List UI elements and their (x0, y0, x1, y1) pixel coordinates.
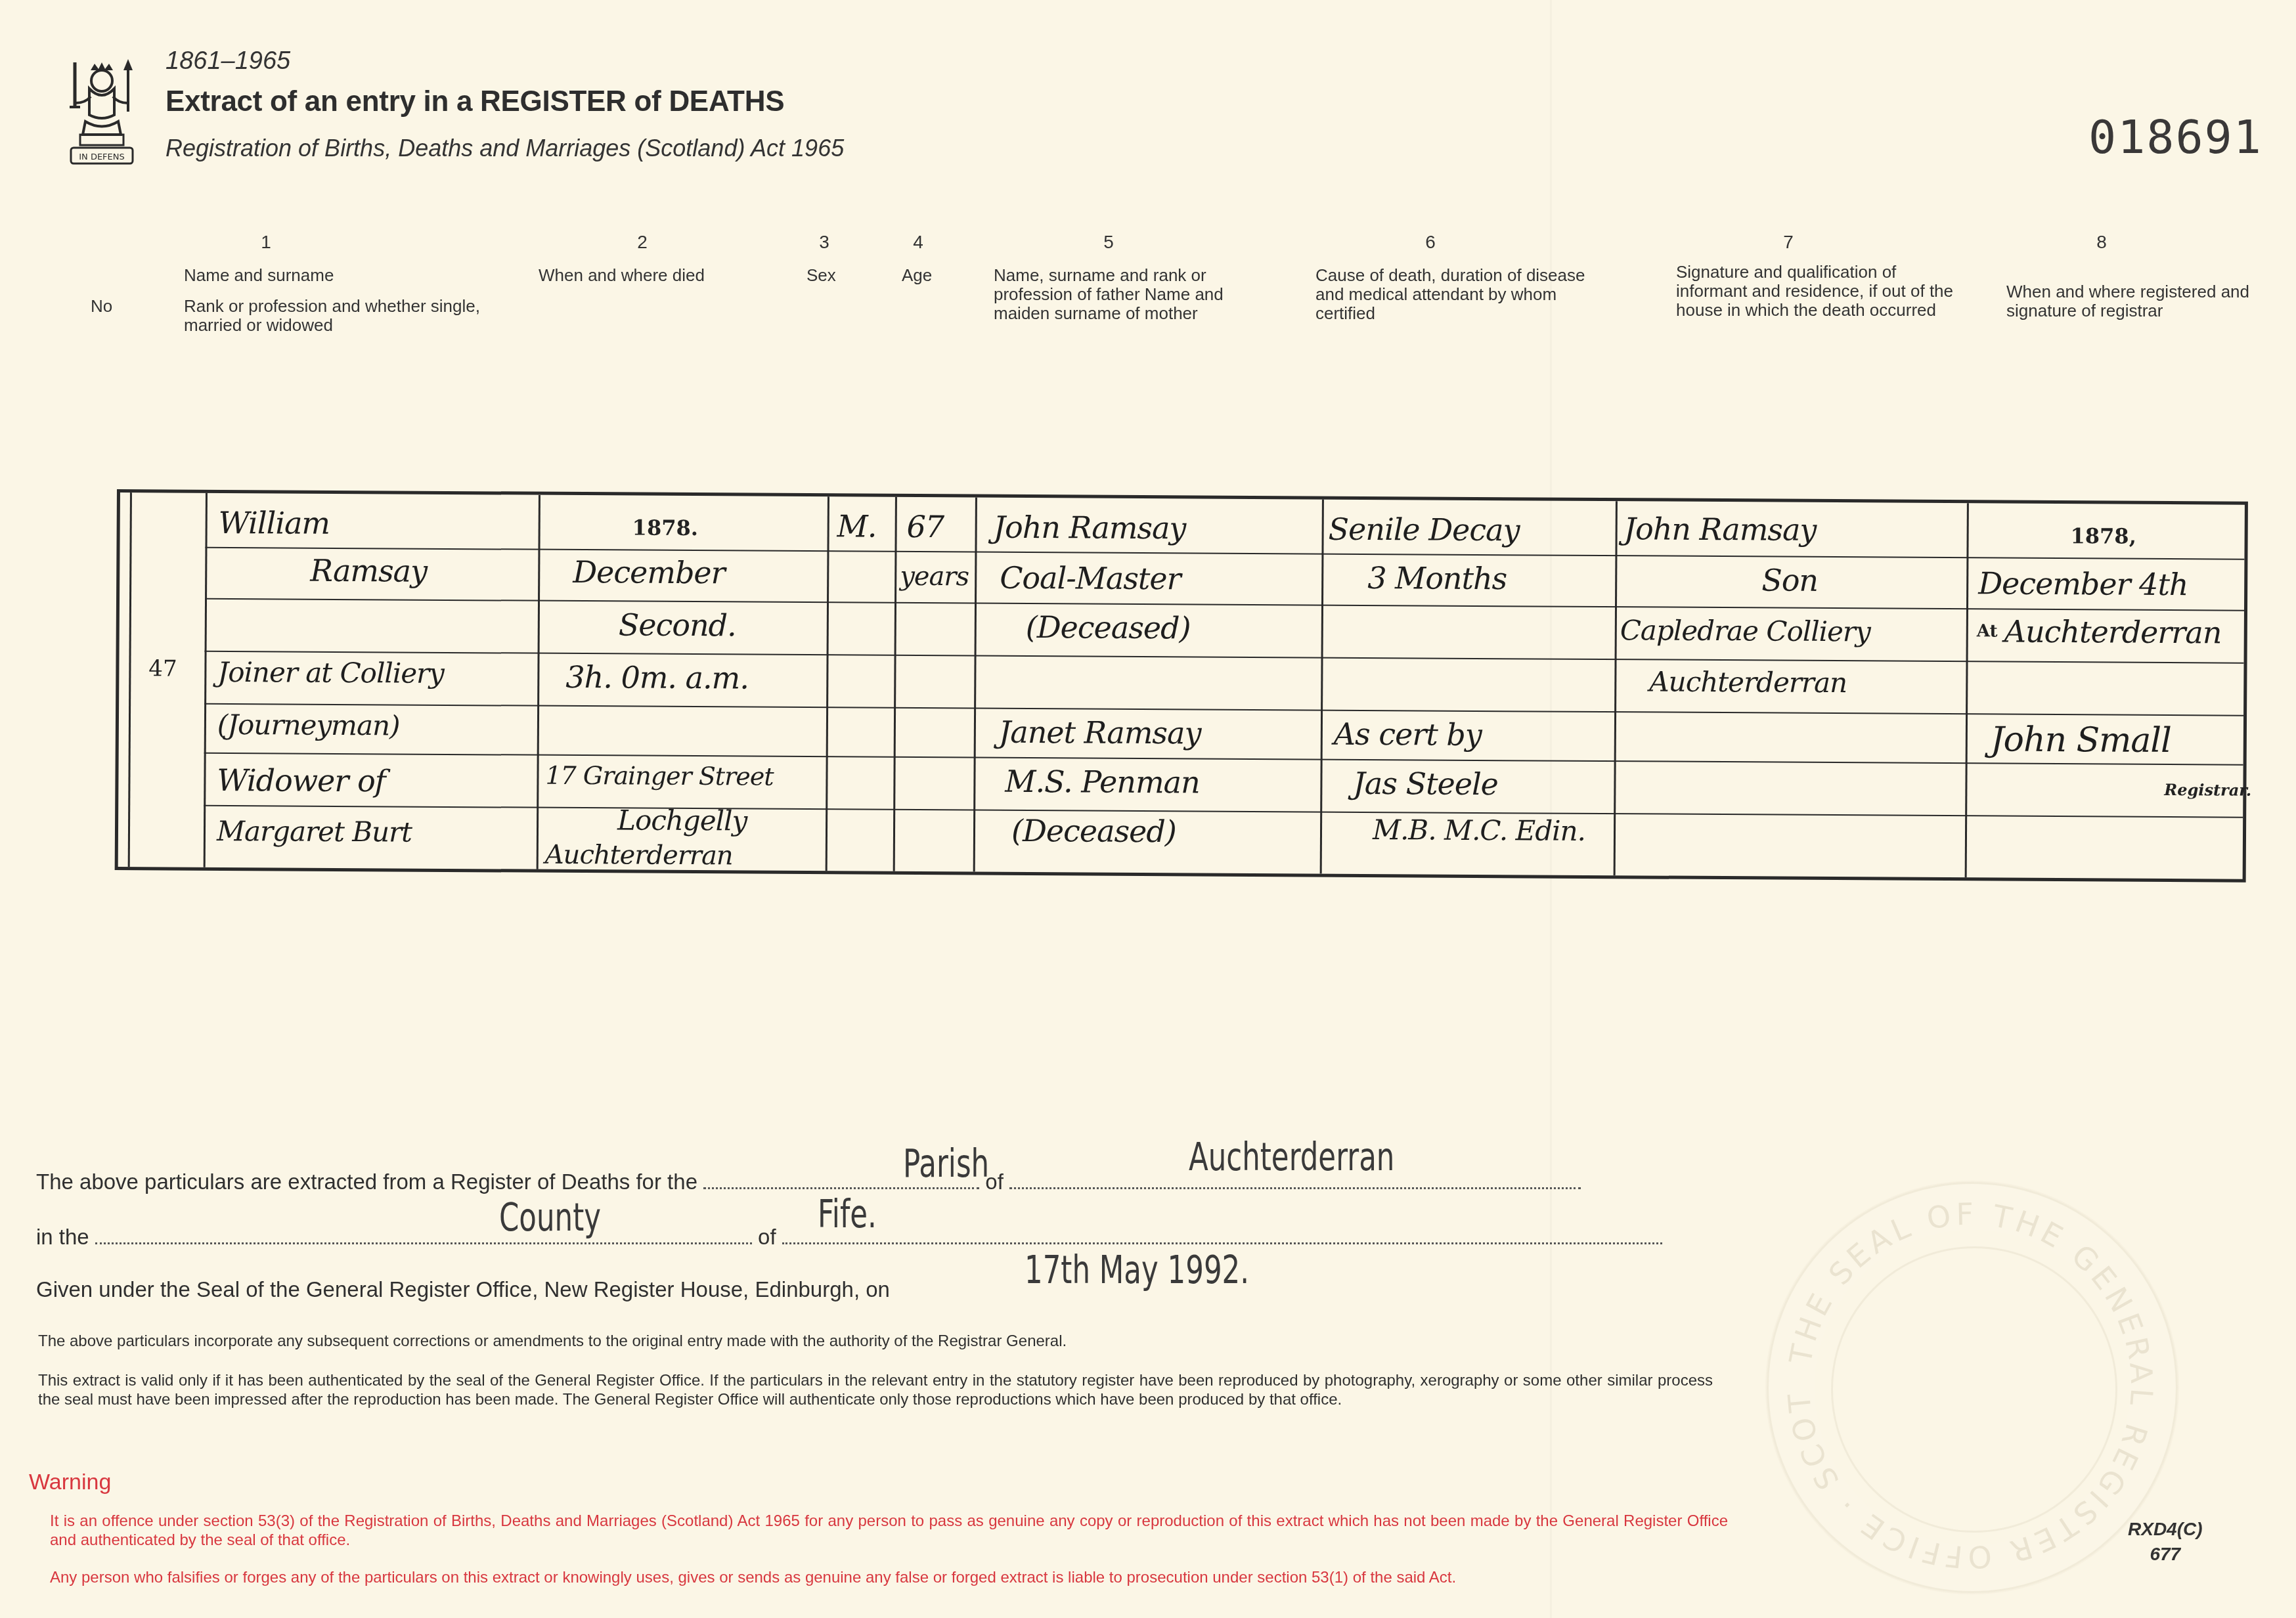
death-town: Lochgelly (617, 804, 747, 837)
table-divider (826, 496, 829, 871)
column-number-8: 8 (2088, 232, 2115, 253)
mother-maiden-name: M.S. Penman (1005, 764, 1200, 800)
table-divider (1965, 503, 1969, 877)
column-header-name: Name and surname (184, 266, 420, 285)
column-number-1: 1 (253, 232, 279, 253)
column-header-age: Age (902, 266, 932, 285)
registration-place: Auchterderran (2004, 614, 2222, 651)
warning-heading: Warning (29, 1470, 111, 1495)
mother-status: (Deceased) (1011, 813, 1176, 849)
year-range: 1861–1965 (166, 47, 290, 76)
registrar-label: Registrar. (2164, 780, 2251, 800)
county-name-value: Fife. (818, 1192, 877, 1236)
deceased-marital-status: Widower of (217, 762, 386, 798)
entry-number: 47 (148, 655, 177, 682)
death-parish: Auchterderran (545, 840, 733, 871)
column-number-4: 4 (905, 232, 931, 253)
table-divider (1614, 501, 1618, 875)
county-type-value: County (499, 1195, 601, 1240)
doctor-qualifications: M.B. M.C. Edin. (1373, 814, 1585, 847)
deceased-profession: Joiner at Colliery (217, 656, 444, 689)
registration-date: December 4th (1978, 565, 2188, 602)
mother-name: Janet Ramsay (999, 714, 1201, 751)
father-status: (Deceased) (1026, 609, 1191, 645)
svg-text:IN DEFENS: IN DEFENS (79, 152, 125, 162)
certified-by-label: As cert by (1334, 716, 1482, 753)
father-profession: Coal-Master (1000, 560, 1181, 597)
registered-at-label: At (1977, 621, 1998, 641)
extract-line-1-prefix: The above particulars are extracted from… (36, 1170, 697, 1194)
column-header-sex: Sex (806, 266, 836, 285)
column-header-cause: Cause of death, duration of disease and … (1315, 266, 1591, 323)
death-street: 17 Grainger Street (545, 761, 773, 791)
validity-note: This extract is valid only if it has bee… (38, 1371, 1713, 1409)
extract-line-3: Given under the Seal of the General Regi… (36, 1277, 890, 1302)
column-header-parents: Name, surname and rank or profession of … (994, 266, 1263, 323)
deceased-profession-grade: (Journeyman) (217, 709, 400, 742)
table-divider (128, 492, 132, 867)
royal-lion-crest-icon: IN DEFENS (66, 56, 138, 167)
embossed-seal-icon: THE SEAL OF THE GENERAL REGISTER OFFICE … (1767, 1182, 2178, 1593)
age-value: 67 (907, 509, 944, 544)
issue-date-value: 17th May 1992. (1025, 1248, 1249, 1292)
column-number-3: 3 (811, 232, 837, 253)
registrar-signature: John Small (1991, 720, 2171, 760)
warning-paragraph-1: It is an offence under section 53(3) of … (50, 1512, 1728, 1550)
table-divider (537, 495, 541, 869)
extract-line-2-prefix: in the (36, 1225, 89, 1249)
certifying-doctor: Jas Steele (1353, 766, 1498, 802)
deceased-first-name: William (219, 505, 330, 541)
death-month: December (573, 554, 725, 590)
table-divider (204, 493, 208, 867)
informant-residence: Capledrae Colliery (1620, 614, 1870, 647)
column-header-registered: When and where registered and signature … (2006, 282, 2282, 320)
registration-year: 1878, (2071, 523, 2136, 549)
deceased-surname: Ramsay (310, 553, 427, 589)
column-number-6: 6 (1417, 232, 1444, 253)
age-unit: years (900, 561, 969, 592)
form-reference: RXD4(C) 677 (2128, 1517, 2203, 1567)
act-subtitle: Registration of Births, Deaths and Marri… (166, 135, 844, 162)
death-day: Second. (619, 607, 736, 643)
table-divider (973, 498, 977, 872)
father-name: John Ramsay (994, 510, 1186, 546)
death-time: 3h. 0m. a.m. (565, 659, 749, 696)
warning-paragraph-2: Any person who falsifies or forges any o… (50, 1568, 1728, 1587)
column-number-7: 7 (1775, 232, 1801, 253)
column-header-informant: Signature and qualification of informant… (1676, 263, 1958, 320)
deceased-spouse: Margaret Burt (217, 815, 412, 848)
column-header-when-where: When and where died (539, 266, 775, 285)
cause-of-death: Senile Decay (1329, 512, 1520, 548)
register-entry-table: 47 William Ramsay Joiner at Colliery (Jo… (115, 489, 2248, 883)
informant-relation: Son (1761, 562, 1818, 598)
column-header-rank: Rank or profession and whether single, m… (184, 297, 506, 335)
column-number-5: 5 (1095, 232, 1122, 253)
page-title: Extract of an entry in a REGISTER of DEA… (166, 85, 784, 118)
county-type-field (95, 1223, 752, 1244)
column-number-2: 2 (629, 232, 655, 253)
corrections-note: The above particulars incorporate any su… (38, 1332, 1719, 1351)
column-header-no: No (91, 297, 112, 316)
parish-name-value: Auchterderran (1189, 1135, 1394, 1179)
informant-parish: Auchterderran (1649, 665, 1847, 699)
svg-text:THE SEAL OF THE GENERAL REGIST: THE SEAL OF THE GENERAL REGISTER OFFICE … (1767, 1182, 2160, 1575)
sex-value: M. (837, 508, 877, 544)
form-code: RXD4(C) (2128, 1517, 2203, 1542)
county-name-field (782, 1223, 1662, 1244)
form-number: 677 (2128, 1542, 2203, 1567)
table-divider (893, 497, 897, 871)
of-label: of (758, 1225, 776, 1249)
informant-signature: John Ramsay (1624, 511, 1817, 548)
death-year: 1878. (632, 515, 698, 541)
parish-type-value: Parish (903, 1141, 989, 1186)
table-divider (1320, 500, 1324, 874)
disease-duration: 3 Months (1367, 560, 1507, 596)
serial-number: 018691 (2088, 110, 2263, 164)
